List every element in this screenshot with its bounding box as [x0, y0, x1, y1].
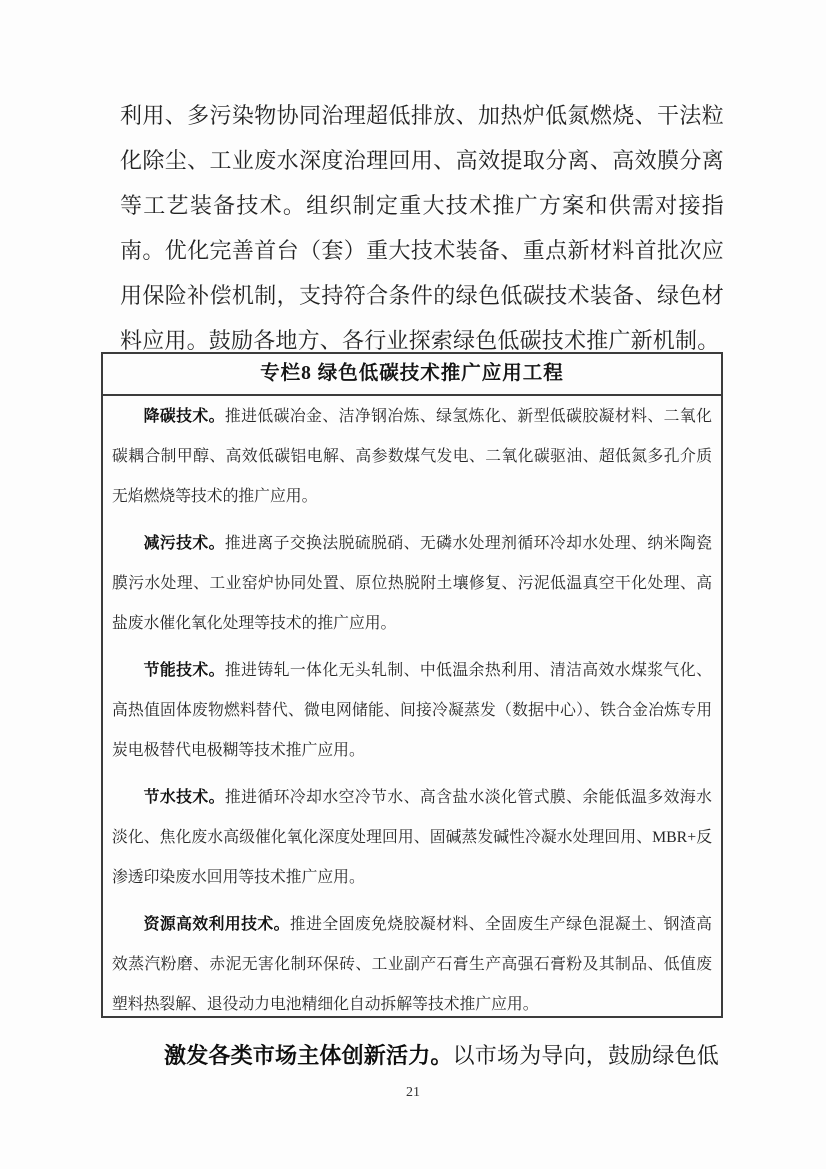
closing-lead-label: 激发各类市场主体创新活力。	[164, 1043, 453, 1068]
tech-lead-label: 节能技术。	[144, 662, 225, 679]
tech-lead-label: 降碳技术。	[144, 408, 225, 425]
page-number: 21	[0, 1085, 826, 1101]
tech-paragraph-decarbonization: 降碳技术。推进低碳冶金、洁净钢冶炼、绿氢炼化、新型低碳胶凝材料、二氧化碳耦合制甲…	[112, 397, 712, 517]
column-box-body: 降碳技术。推进低碳冶金、洁净钢冶炼、绿氢炼化、新型低碳胶凝材料、二氧化碳耦合制甲…	[103, 396, 721, 1025]
tech-paragraph-resource-utilization: 资源高效利用技术。推进全固废免烧胶凝材料、全固废生产绿色混凝土、钢渣高效蒸汽粉磨…	[112, 905, 712, 1025]
tech-lead-label: 资源高效利用技术。	[144, 916, 290, 933]
column-8-box: 专栏8 绿色低碳技术推广应用工程 降碳技术。推进低碳冶金、洁净钢冶炼、绿氢炼化、…	[101, 352, 723, 1018]
document-page: 利用、多污染物协同治理超低排放、加热炉低氮燃烧、干法粒化除尘、工业废水深度治理回…	[0, 0, 826, 1169]
tech-paragraph-water-saving: 节水技术。推进循环冷却水空冷节水、高含盐水淡化管式膜、余能低温多效海水淡化、焦化…	[112, 778, 712, 898]
tech-lead-label: 节水技术。	[144, 789, 225, 806]
closing-text: 以市场为导向，鼓励绿色低	[453, 1043, 719, 1068]
closing-paragraph: 激发各类市场主体创新活力。以市场为导向，鼓励绿色低	[120, 1033, 724, 1078]
tech-lead-label: 减污技术。	[144, 535, 225, 552]
intro-paragraph: 利用、多污染物协同治理超低排放、加热炉低氮燃烧、干法粒化除尘、工业废水深度治理回…	[120, 93, 724, 363]
tech-paragraph-pollution-reduction: 减污技术。推进离子交换法脱硫脱硝、无磷水处理剂循环冷却水处理、纳米陶瓷膜污水处理…	[112, 524, 712, 644]
column-box-title: 专栏8 绿色低碳技术推广应用工程	[103, 354, 721, 396]
tech-paragraph-energy-saving: 节能技术。推进铸轧一体化无头轧制、中低温余热利用、清洁高效水煤浆气化、高热值固体…	[112, 651, 712, 771]
